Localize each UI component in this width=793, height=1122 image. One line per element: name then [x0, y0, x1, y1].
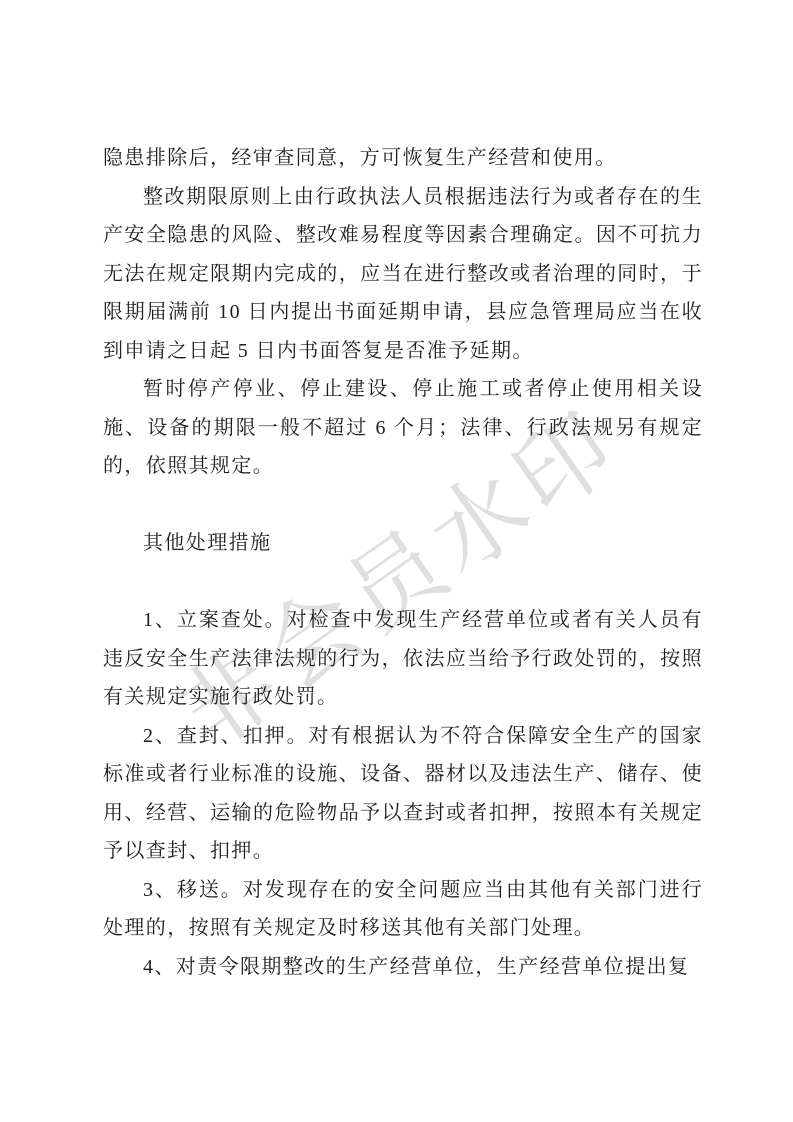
paragraph: 暂时停产停业、停止建设、停止施工或者停止使用相关设施、设备的期限一般不超过 6 … [103, 370, 703, 486]
paragraph: 3、移送。对发现存在的安全问题应当由其他有关部门进行处理的，按照有关规定及时移送… [103, 871, 703, 948]
paragraph: 2、查封、扣押。对有根据认为不符合保障安全生产的国家标准或者行业标准的设施、设备… [103, 717, 703, 871]
blank-line [103, 486, 703, 525]
document-page: 非会员水印 隐患排除后，经审查同意，方可恢复生产经营和使用。整改期限原则上由行政… [0, 0, 793, 1122]
paragraph: 1、立案查处。对检查中发现生产经营单位或者有关人员有违反安全生产法律法规的行为，… [103, 601, 703, 717]
paragraph: 隐患排除后，经审查同意，方可恢复生产经营和使用。 [103, 139, 703, 178]
paragraph: 4、对责令限期整改的生产经营单位，生产经营单位提出复 [103, 948, 703, 987]
document-body: 隐患排除后，经审查同意，方可恢复生产经营和使用。整改期限原则上由行政执法人员根据… [103, 139, 703, 986]
blank-line [103, 563, 703, 602]
section-heading: 其他处理措施 [103, 524, 703, 563]
paragraph: 整改期限原则上由行政执法人员根据违法行为或者存在的生产安全隐患的风险、整改难易程… [103, 178, 703, 371]
